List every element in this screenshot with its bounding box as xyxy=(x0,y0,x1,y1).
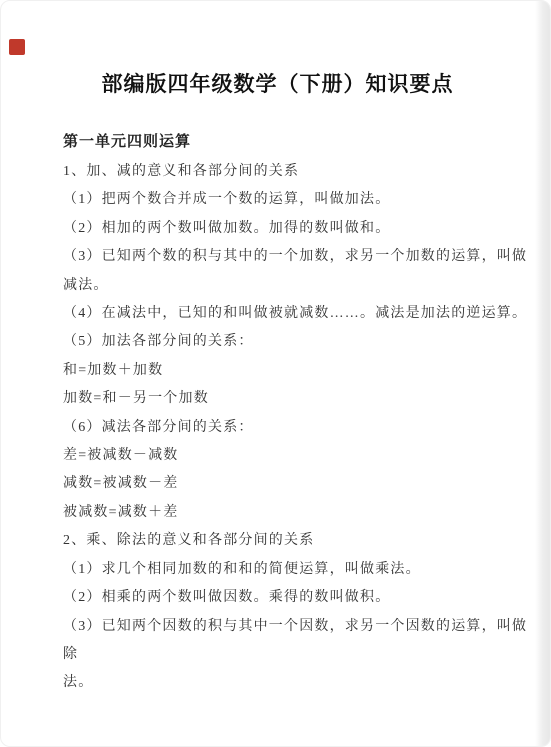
doc-line: （2）相加的两个数叫做加数。加得的数叫做和。 xyxy=(63,215,492,243)
doc-line: （2）相乘的两个数叫做因数。乘得的数叫做积。 xyxy=(63,584,492,612)
doc-line: 差=被减数－减数 xyxy=(63,442,492,470)
page-content: 部编版四年级数学（下册）知识要点 第一单元四则运算 1、加、减的意义和各部分间的… xyxy=(1,1,550,746)
doc-line: 减法。 xyxy=(63,272,492,300)
doc-line: （3）已知两个因数的积与其中一个因数，求另一个因数的运算，叫做 xyxy=(63,613,492,641)
doc-line: 减数=被减数－差 xyxy=(63,470,492,498)
doc-line: 1、加、减的意义和各部分间的关系 xyxy=(63,158,492,186)
doc-line: 和=加数＋加数 xyxy=(63,357,492,385)
document-body: 1、加、减的意义和各部分间的关系 （1）把两个数合并成一个数的运算，叫做加法。 … xyxy=(63,158,492,698)
doc-line: （1）把两个数合并成一个数的运算，叫做加法。 xyxy=(63,186,492,214)
doc-line: （5）加法各部分间的关系： xyxy=(63,328,492,356)
doc-line: 被减数=减数＋差 xyxy=(63,499,492,527)
section-heading: 第一单元四则运算 xyxy=(63,131,492,153)
doc-line: （3）已知两个数的积与其中的一个加数，求另一个加数的运算，叫做 xyxy=(63,243,492,271)
doc-line: 法。 xyxy=(63,669,492,697)
document-page[interactable]: 部编版四年级数学（下册）知识要点 第一单元四则运算 1、加、减的意义和各部分间的… xyxy=(0,0,551,747)
doc-line: 加数=和－另一个加数 xyxy=(63,385,492,413)
doc-line: （6）减法各部分间的关系： xyxy=(63,414,492,442)
doc-line: 除 xyxy=(63,641,492,669)
document-title: 部编版四年级数学（下册）知识要点 xyxy=(63,69,492,99)
doc-line: （1）求几个相同加数的和和的简便运算，叫做乘法。 xyxy=(63,556,492,584)
doc-line: （4）在减法中，已知的和叫做被就减数……。减法是加法的逆运算。 xyxy=(63,300,492,328)
doc-line: 2、乘、除法的意义和各部分间的关系 xyxy=(63,527,492,555)
